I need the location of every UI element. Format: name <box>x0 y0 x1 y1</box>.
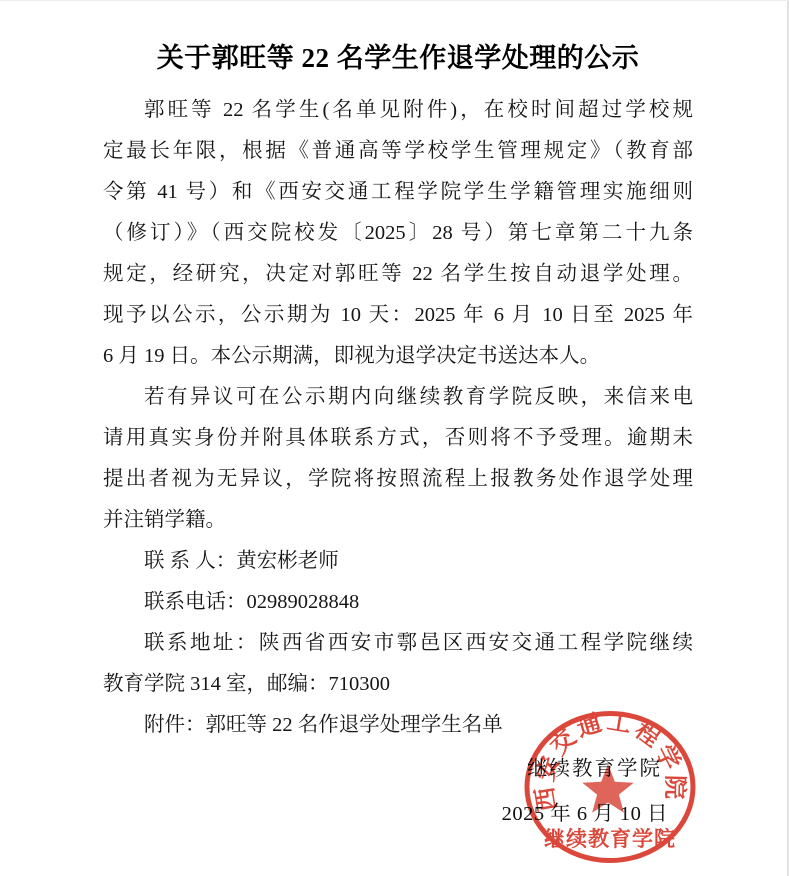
signature-department: 继续教育学院 <box>527 751 662 781</box>
doc-line: 规定，经研究，决定对郭旺等 22 名学生按自动退学处理。 <box>103 254 693 295</box>
doc-line: 并注销学籍。 <box>103 500 693 541</box>
doc-line: 令第 41 号）和《西安交通工程学院学生学籍管理实施细则 <box>103 172 693 213</box>
doc-line: 提出者视为无异议，学院将按照流程上报教务处作退学处理 <box>103 459 693 500</box>
doc-line: 定最长年限，根据《普通高等学校学生管理规定》（教育部 <box>103 131 693 172</box>
attachment-line: 附件：郭旺等 22 名作退学处理学生名单 <box>103 705 693 746</box>
doc-line: 6 月 19 日。本公示期满，即视为退学决定书送达本人。 <box>103 336 693 377</box>
page-title: 关于郭旺等 22 名学生作退学处理的公示 <box>103 41 693 75</box>
doc-line: 若有异议可在公示期内向继续教育学院反映，来信来电 <box>103 377 693 418</box>
contact-address-line: 联系地址：陕西省西安市鄠邑区西安交通工程学院继续 <box>103 623 693 664</box>
signature-date: 2025 年 6 月 10 日 <box>502 796 668 826</box>
document-body: 关于郭旺等 22 名学生作退学处理的公示 郭旺等 22 名学生(名单见附件)，在… <box>103 41 693 746</box>
contact-person-line: 联 系 人：黄宏彬老师 <box>103 541 693 582</box>
doc-line: 请用真实身份并附具体联系方式，否则将不予受理。逾期未 <box>103 418 693 459</box>
doc-line: 郭旺等 22 名学生(名单见附件)，在校时间超过学校规 <box>103 90 693 131</box>
contact-address-line: 教育学院 314 室，邮编：710300 <box>103 664 693 705</box>
doc-line: 现予以公示，公示期为 10 天：2025 年 6 月 10 日至 2025 年 <box>103 295 693 336</box>
seal-bottom-text: 继续教育学院 <box>544 827 676 851</box>
doc-line: （修订）》（西交院校发〔2025〕28 号）第七章第二十九条 <box>103 213 693 254</box>
contact-phone-line: 联系电话：02989028848 <box>103 582 693 623</box>
announcement-page: { "doc": { "title": "关于郭旺等 22 名学生作退学处理的公… <box>0 0 789 876</box>
